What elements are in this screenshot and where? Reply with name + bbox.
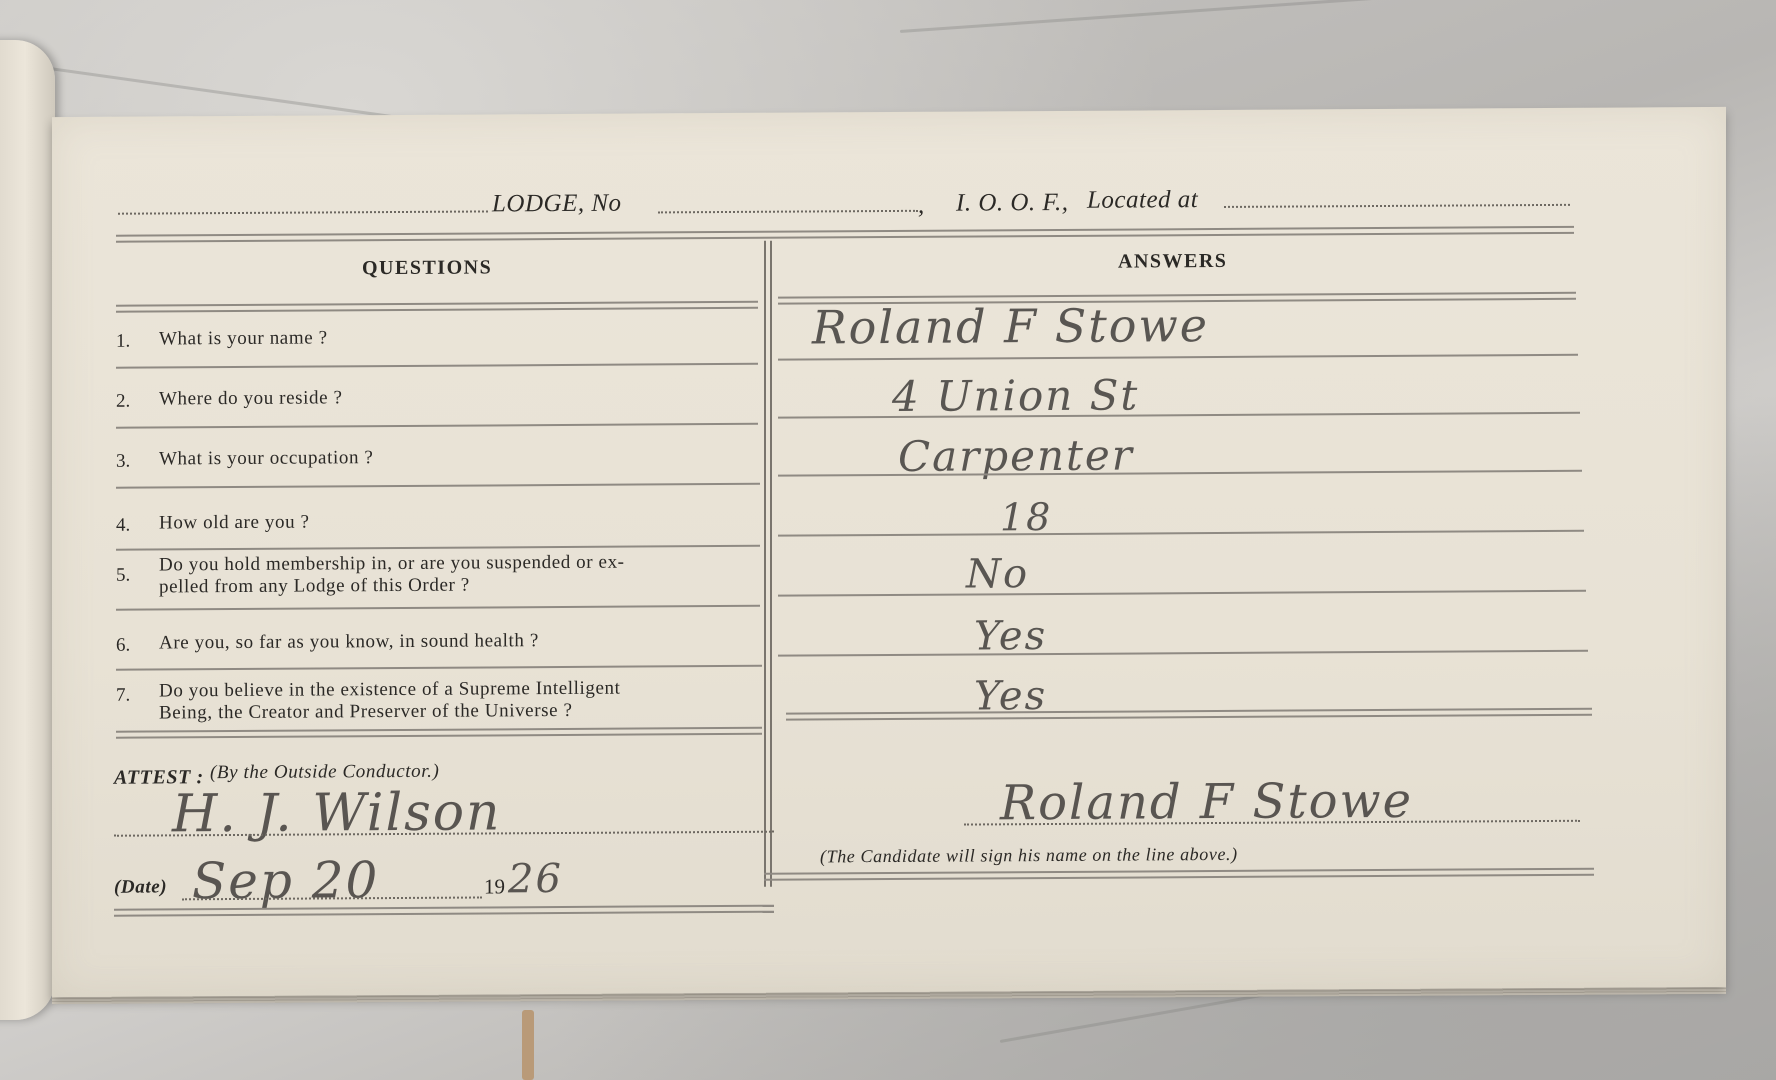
bookmark-ribbon: [522, 1010, 534, 1080]
located-at-label: Located at: [1087, 186, 1198, 215]
question-5-text-line-1: Do you hold membership in, or are you su…: [159, 552, 625, 577]
year-suffix-handwritten: 26: [508, 856, 563, 902]
column-divider: [764, 241, 772, 887]
candidate-bottom-rule: [764, 868, 1594, 881]
question-2-text: Where do you reside ?: [159, 387, 343, 410]
question-number: 3.: [116, 451, 130, 473]
answer-rule: [778, 530, 1584, 537]
answer-rule: [778, 590, 1586, 597]
question-number: 7.: [116, 685, 130, 707]
answer-rule: [778, 354, 1578, 361]
row-rule: [116, 545, 760, 551]
question-4-text: How old are you ?: [159, 512, 310, 535]
question-number: 5.: [116, 565, 130, 587]
questions-end-double-rule: [116, 727, 762, 739]
application-form-page: LODGE, No , I. O. O. F., Located at QUES…: [52, 107, 1726, 997]
row-rule: [116, 423, 758, 429]
lodge-number-blank: [658, 210, 918, 214]
header-comma: ,: [918, 192, 925, 220]
questions-heading: QUESTIONS: [362, 256, 492, 280]
answers-end-double-rule: [786, 708, 1592, 721]
row-rule: [116, 605, 760, 611]
question-3-text: What is your occupation ?: [159, 447, 373, 470]
lodge-name-blank: [118, 210, 488, 214]
question-number: 4.: [116, 515, 130, 537]
question-6-text: Are you, so far as you know, in sound he…: [159, 630, 539, 654]
marble-vein: [900, 0, 1698, 33]
row-rule: [116, 665, 762, 671]
location-blank: [1224, 204, 1570, 208]
answer-5-handwritten: No: [966, 551, 1029, 597]
answer-rule: [778, 650, 1588, 657]
question-7-text-line-2: Being, the Creator and Preserver of the …: [159, 700, 573, 725]
candidate-instruction: (The Candidate will sign his name on the…: [820, 844, 1238, 868]
answer-2-handwritten: 4 Union St: [892, 370, 1139, 421]
row-rule: [116, 483, 760, 489]
question-number: 1.: [116, 331, 130, 353]
question-5-text-line-2: pelled from any Lodge of this Order ?: [159, 575, 470, 599]
question-number: 6.: [116, 635, 130, 657]
date-label: (Date): [114, 876, 167, 898]
question-1-text: What is your name ?: [159, 327, 328, 350]
lodge-label: LODGE, No: [492, 190, 622, 219]
date-handwritten: Sep 20: [192, 851, 379, 910]
header-double-rule: [116, 226, 1574, 243]
left-page-curl: [0, 40, 55, 1020]
attest-sublabel: (By the Outside Conductor.): [210, 761, 439, 784]
question-7-text-line-1: Do you believe in the existence of a Sup…: [159, 678, 621, 703]
questions-heading-rule: [116, 301, 758, 313]
answer-1-handwritten: Roland F Stowe: [812, 298, 1209, 354]
order-label: I. O. O. F.,: [956, 189, 1068, 218]
answers-heading: ANSWERS: [1118, 250, 1227, 274]
year-prefix: 19: [484, 874, 505, 899]
row-rule: [116, 363, 758, 369]
question-number: 2.: [116, 391, 130, 413]
